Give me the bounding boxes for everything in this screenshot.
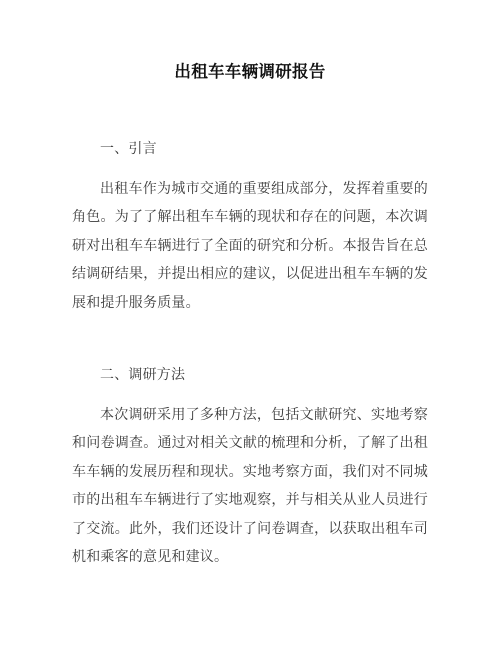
section-paragraph-introduction: 出租车作为城市交通的重要组成部分，发挥着重要的角色。为了了解出租车车辆的现状和存…: [72, 174, 428, 317]
section-heading-introduction: 一、引言: [72, 134, 428, 163]
section-heading-methods: 二、调研方法: [72, 360, 428, 389]
document-page: 出租车车辆调研报告 一、引言 出租车作为城市交通的重要组成部分，发挥着重要的角色…: [0, 0, 500, 647]
document-title: 出租车车辆调研报告: [72, 58, 428, 86]
section-paragraph-methods: 本次调研采用了多种方法，包括文献研究、实地考察和问卷调查。通过对相关文献的梳理和…: [72, 400, 428, 571]
